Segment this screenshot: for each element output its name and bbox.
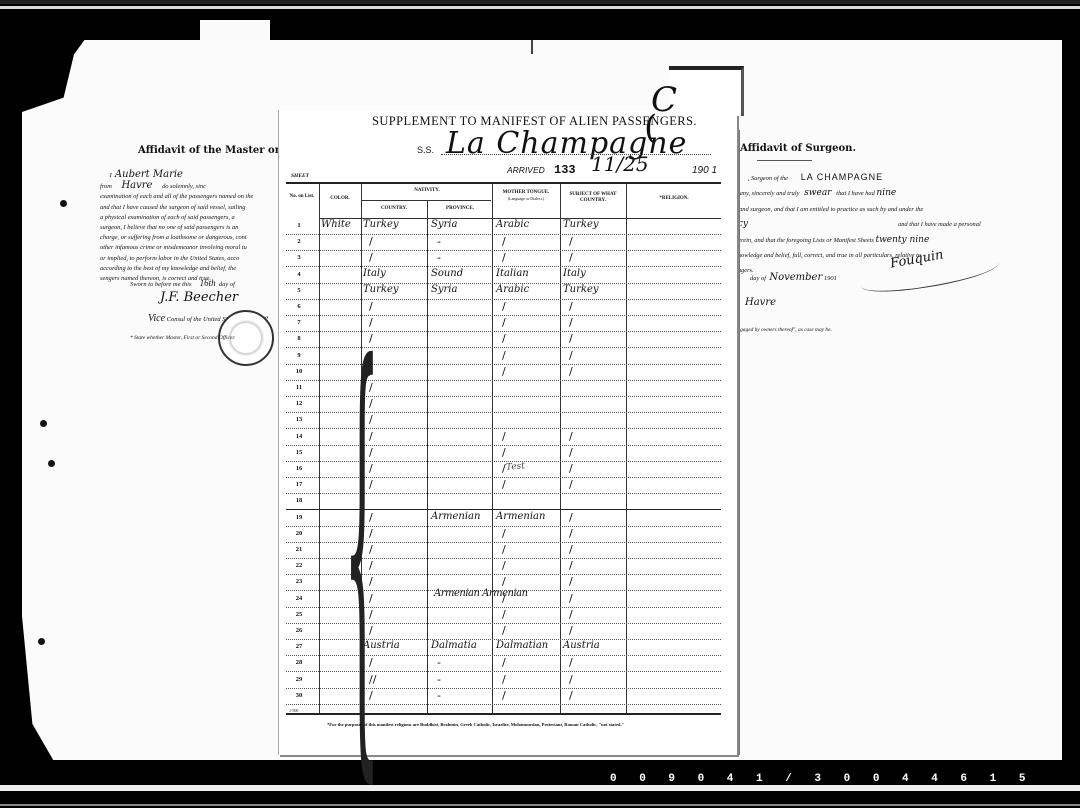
- cell-mother-tongue: /: [502, 332, 506, 345]
- from-label: from: [100, 183, 112, 190]
- row-number: 15: [286, 449, 312, 456]
- row-number: 12: [286, 400, 312, 407]
- hand-nine: nine: [876, 188, 896, 198]
- row-number: 8: [286, 335, 312, 342]
- cell-mother-tongue: /: [502, 624, 506, 637]
- ship-name: La Champagne: [446, 126, 687, 161]
- ss-label: S.S.: [417, 145, 434, 155]
- row-number: 10: [286, 368, 312, 375]
- supplement-manifest: C ( SUPPLEMENT TO MANIFEST OF ALIEN PASS…: [278, 110, 737, 755]
- col-divider: [427, 201, 428, 714]
- col-header-color: COLOR.: [322, 196, 358, 202]
- cell-mother-tongue: /: [502, 316, 506, 329]
- row-number: 27: [286, 643, 312, 650]
- cell-province: Armenian: [431, 511, 480, 522]
- cell-province: Dalmatia: [431, 640, 477, 651]
- cell-mother-tongue: /: [502, 673, 506, 686]
- punch-hole: [48, 460, 55, 467]
- cell-mother-tongue: /: [502, 251, 506, 264]
- col-header-country: COUNTRY.: [362, 206, 426, 212]
- cell-mother-tongue: /: [502, 478, 506, 491]
- punch-hole: [38, 638, 45, 645]
- sworn-line: Sworn to before me this 16th day of: [130, 278, 235, 288]
- cell-subject: /: [569, 316, 573, 329]
- cell-subject: /: [569, 235, 573, 248]
- affidavit-line: and that I have caused the surgeon of sa…: [100, 203, 280, 213]
- film-edge-line: [0, 804, 1080, 806]
- sheet-label: SHEET: [291, 173, 309, 179]
- armenian-note: Armenian Armenian: [434, 588, 528, 599]
- sworn-day: 16th: [200, 278, 216, 288]
- cell-mother-tongue: /: [502, 349, 506, 362]
- row-number: 19: [286, 514, 312, 521]
- consul-prefix: Vice: [148, 313, 165, 324]
- stamp-number: 133: [554, 163, 576, 177]
- master-affidavit-body: I Aubert Marie from Havre do solemnly, s…: [100, 170, 280, 284]
- surgeon-of-label: , Surgeon of the: [748, 175, 788, 182]
- affidavit-line: according to the best of my knowledge an…: [100, 264, 280, 274]
- cell-mother-tongue: /: [502, 559, 506, 572]
- punch-hole: [40, 420, 47, 427]
- row-number: 1: [286, 222, 312, 229]
- surgeon-line: many, sincerely and truly: [735, 190, 799, 197]
- sworn-label: Sworn to before me this: [130, 281, 192, 288]
- cell-subject: /: [569, 527, 573, 540]
- surgeon-line: s and surgeon, and that I am entitled to…: [735, 202, 1010, 217]
- row-number: 30: [286, 692, 312, 699]
- punch-hole: [60, 200, 67, 207]
- cell-country: Turkey: [363, 219, 399, 230]
- row-number: 13: [286, 416, 312, 423]
- title-rule: [757, 160, 812, 161]
- affidavit-line: examination of each and all of the passe…: [100, 192, 280, 202]
- hand-swear: swear: [804, 188, 831, 198]
- row-number: 5: [286, 287, 312, 294]
- row-number: 29: [286, 676, 312, 683]
- cell-country: /: [369, 251, 373, 264]
- arrived-year: 190 1: [692, 165, 717, 176]
- cell-province: -: [437, 251, 441, 264]
- cell-province: -: [437, 689, 441, 702]
- cell-subject: /: [569, 689, 573, 702]
- cell-mother-tongue: /: [502, 608, 506, 621]
- religion-footnote: *For the purposes of this manifest relig…: [327, 722, 624, 727]
- pencil-note: Test: [506, 461, 526, 473]
- cell-mother-tongue: /: [502, 575, 506, 588]
- consul-signature: J.F. Beecher: [160, 290, 238, 305]
- film-edge-line: [0, 6, 1080, 9]
- affidavit-line: a physical examination of each of said p…: [100, 213, 280, 223]
- cell-mother-tongue: /: [502, 446, 506, 459]
- hand-sheet-count: twenty nine: [875, 235, 929, 245]
- affidavit-line: do solemnly, sinc: [162, 183, 206, 190]
- cell-mother-tongue: Arabic: [496, 284, 529, 295]
- cell-mother-tongue: /: [502, 235, 506, 248]
- cell-mother-tongue: /: [502, 365, 506, 378]
- cell-mother-tongue: /: [502, 300, 506, 313]
- film-edge-bottom: [0, 785, 1080, 791]
- master-name: Aubert Marie: [115, 169, 183, 180]
- affidavit-line: other infamous crime or misdemeanor invo…: [100, 243, 280, 253]
- cell-subject: Turkey: [563, 284, 599, 295]
- mother-tongue-label: MOTHER TONGUE.: [503, 190, 550, 195]
- cell-subject: /: [569, 251, 573, 264]
- row-number: 21: [286, 546, 312, 553]
- surgeon-affidavit-title: Affidavit of Surgeon.: [740, 143, 856, 154]
- cell-province: -: [437, 656, 441, 669]
- ship-name-line: [441, 154, 711, 155]
- surgeon-day-line: day of November 1901: [750, 272, 837, 283]
- surgeon-place: Havre: [745, 297, 776, 308]
- col-header-province: PROVINCE.: [428, 206, 492, 212]
- cell-subject: /: [569, 478, 573, 491]
- row-number: 17: [286, 481, 312, 488]
- row-number: 16: [286, 465, 312, 472]
- cell-mother-tongue: /: [502, 527, 506, 540]
- col-header-mother-tongue: MOTHER TONGUE. (Language or Dialect.): [493, 190, 559, 203]
- arrived-label: ARRIVED: [507, 165, 545, 175]
- cell-mother-tongue: /: [502, 656, 506, 669]
- cell-subject: /: [569, 608, 573, 621]
- cell-mother-tongue: Italian: [496, 268, 529, 279]
- cell-mother-tongue: Dalmatian: [496, 640, 548, 651]
- cell-mother-tongue: /: [502, 543, 506, 556]
- cell-province: Sound: [431, 268, 463, 279]
- cell-subject: /: [569, 559, 573, 572]
- cell-subject: /: [569, 511, 573, 524]
- cell-province: -: [437, 235, 441, 248]
- cell-subject: /: [569, 349, 573, 362]
- cell-subject: /: [569, 430, 573, 443]
- cell-subject: /: [569, 592, 573, 605]
- col-header-nativity: NATIVITY.: [362, 188, 492, 194]
- cell-mother-tongue: /: [502, 689, 506, 702]
- row-number: 26: [286, 627, 312, 634]
- cell-mother-tongue: /: [502, 430, 506, 443]
- affidavit-line: or implied, to perform labor in the Unit…: [100, 254, 280, 264]
- day-month: November: [769, 272, 822, 283]
- row-number: 22: [286, 562, 312, 569]
- cell-province: Syria: [431, 284, 457, 295]
- cell-province: Syria: [431, 219, 457, 230]
- surgeon-line: and that I have made a personal: [898, 221, 981, 228]
- nativity-divider: [361, 200, 491, 201]
- col-header-religion: *RELIGION.: [627, 196, 721, 202]
- surgeon-line: that I have had: [836, 190, 875, 197]
- film-edge-top: [0, 0, 1080, 4]
- col-header-no: No. on List.: [288, 194, 316, 200]
- surgeon-line: herein, and that the foregoing Lists or …: [735, 237, 874, 244]
- cell-country: /: [369, 235, 373, 248]
- cell-subject: /: [569, 300, 573, 313]
- row-number: 24: [286, 595, 312, 602]
- cell-subject: /: [569, 462, 573, 475]
- row-number: 4: [286, 271, 312, 278]
- cell-mother-tongue: Armenian: [496, 511, 545, 522]
- row-number: 23: [286, 578, 312, 585]
- row-number: 7: [286, 319, 312, 326]
- sworn-suffix: day of: [219, 281, 235, 288]
- row-number: 18: [286, 497, 312, 504]
- col-divider: [319, 184, 320, 714]
- day-year: 1901: [824, 275, 837, 282]
- affidavit-line: charge, or suffering from a loathsome or…: [100, 233, 280, 243]
- cell-subject: /: [569, 543, 573, 556]
- row-number: 14: [286, 433, 312, 440]
- row-number: 28: [286, 659, 312, 666]
- cell-subject: /: [569, 575, 573, 588]
- row-number: 6: [286, 303, 312, 310]
- row-number: 3: [286, 254, 312, 261]
- affidavit-line: surgeon, I believe that no one of said p…: [100, 223, 280, 233]
- arrived-date: 11/25: [591, 152, 649, 176]
- mother-tongue-sub: (Language or Dialect.): [508, 196, 544, 201]
- col-header-subject: SUBJECT OF WHAT COUNTRY.: [561, 192, 625, 204]
- row-number: 11: [286, 384, 312, 391]
- row-number: 25: [286, 611, 312, 618]
- col-divider: [492, 184, 493, 714]
- col-divider: [626, 184, 627, 714]
- cell-subject: /: [569, 624, 573, 637]
- cell-subject: /: [569, 656, 573, 669]
- table-bottom-rule: [286, 713, 721, 715]
- cell-subject: /: [569, 673, 573, 686]
- cell-province: -: [437, 673, 441, 686]
- row-number: 2: [286, 238, 312, 245]
- cell-subject: Italy: [563, 268, 586, 279]
- from-place: Havre: [121, 180, 152, 191]
- film-frame-code: 0 0 9 0 4 1 / 3 0 0 4 4 6 1 5: [610, 773, 1033, 785]
- cell-subject: Turkey: [563, 219, 599, 230]
- fold-mark: [531, 40, 533, 54]
- cell-subject: Austria: [563, 640, 600, 651]
- col-divider: [560, 184, 561, 714]
- ship-name-stamp: LA CHAMPAGNE: [801, 172, 883, 182]
- row-number: 20: [286, 530, 312, 537]
- state-note: * State whether Master, First or Second …: [130, 335, 235, 341]
- cell-color: White: [321, 219, 351, 230]
- day-label: day of: [750, 275, 766, 282]
- corner-tab: [669, 66, 744, 116]
- cell-subject: /: [569, 332, 573, 345]
- cell-mother-tongue: Arabic: [496, 219, 529, 230]
- row-number: 9: [286, 352, 312, 359]
- manifest-table: No. on List. COLOR. NATIVITY. COUNTRY. P…: [286, 182, 721, 714]
- cell-subject: /: [569, 446, 573, 459]
- engaged-note: engaged by owners thereof", as case may …: [735, 327, 832, 333]
- cell-subject: /: [569, 365, 573, 378]
